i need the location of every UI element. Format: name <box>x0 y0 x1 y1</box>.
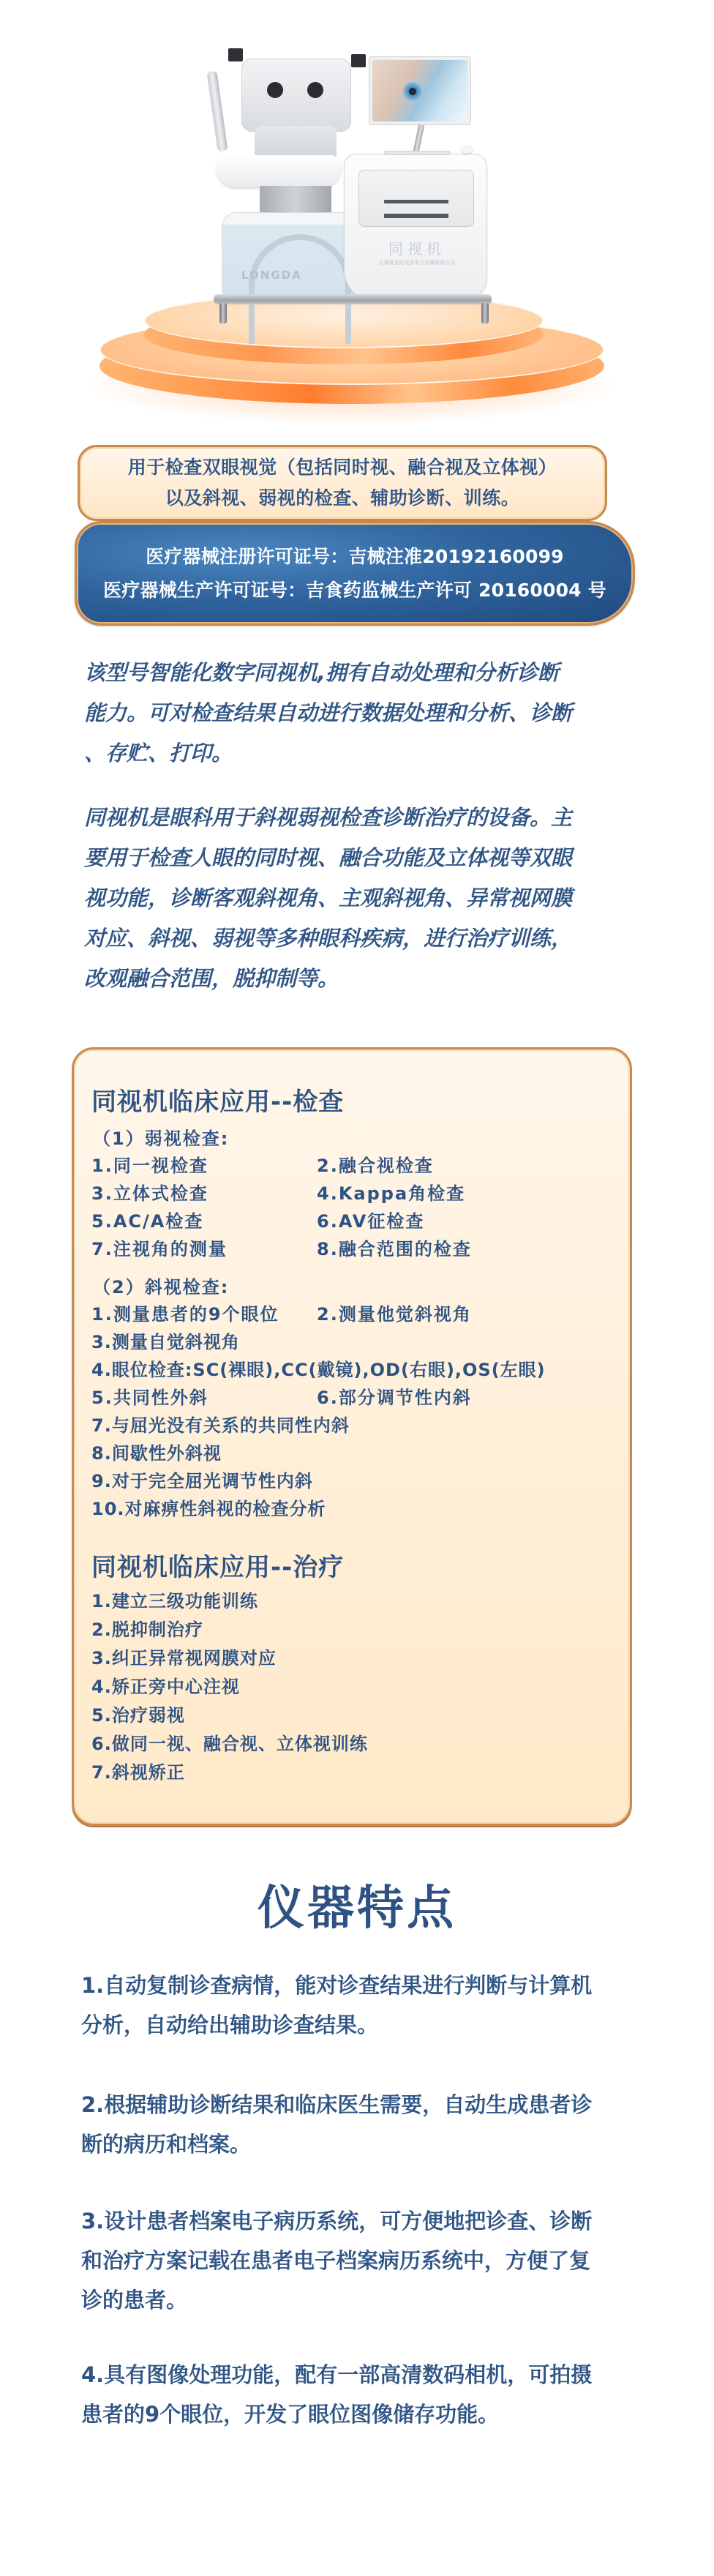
caster-wheel-icon <box>219 303 227 323</box>
arch-decoration <box>249 234 351 344</box>
camera-arm <box>206 71 228 152</box>
treatment-item: 3.纠正异常视网膜对应 <box>91 1644 618 1672</box>
list-item: 4.眼位检查:SC(裸眼),CC(戴镜),OD(右眼),OS(左眼) <box>91 1356 546 1384</box>
list-item: 4.矫正旁中心注视 <box>91 1673 240 1701</box>
list-item: 7.与屈光没有关系的共同性内斜 <box>91 1412 350 1439</box>
treatment-item: 5.治疗弱视 <box>91 1701 618 1729</box>
cabinet-product-name: 同视机 <box>377 237 457 258</box>
list-item: 5.共同性外斜 <box>91 1384 317 1412</box>
feature-item-1: 1.自动复制诊查病情，能对诊查结果进行判断与计算机 分析，自动给出辅助诊查结果。 <box>81 1966 637 2045</box>
list-item: 3.立体式检查 <box>91 1180 317 1207</box>
list-item: 6.AV征检查 <box>317 1207 424 1235</box>
treatment-heading: 同视机临床应用--治疗 <box>91 1547 344 1583</box>
paragraph-line: 对应、斜视、弱视等多种眼科疾病，进行治疗训练， <box>84 918 640 959</box>
list-item: 5.治疗弱视 <box>91 1701 185 1729</box>
list-item: 10.对麻痹性斜视的检查分析 <box>91 1495 326 1523</box>
feature-line: 分析，自动给出辅助诊查结果。 <box>81 2005 637 2045</box>
list-item-row: 1.测量患者的9个眼位 2.测量他觉斜视角 <box>91 1300 618 1328</box>
list-item-row: 3.立体式检查 4.Kappa角检查 <box>91 1180 618 1207</box>
feature-item-2: 2.根据辅助诊断结果和临床医生需要，自动生成患者诊 断的病历和档案。 <box>81 2085 637 2164</box>
list-item-row: 1.同一视检查 2.融合视检查 <box>91 1152 618 1180</box>
treatment-item: 4.矫正旁中心注视 <box>91 1673 618 1701</box>
paragraph-line: 、存贮、打印。 <box>84 733 640 774</box>
list-item: 8.融合范围的检查 <box>317 1235 472 1263</box>
list-item: 2.测量他觉斜视角 <box>317 1300 472 1328</box>
feature-line: 2.根据辅助诊断结果和临床医生需要，自动生成患者诊 <box>81 2085 637 2124</box>
list-item-row: 9.对于完全屈光调节性内斜 <box>91 1467 618 1495</box>
list-item-row: 8.间歇性外斜视 <box>91 1439 618 1467</box>
feature-line: 和治疗方案记载在患者电子档案病历系统中，方便了复 <box>81 2241 637 2280</box>
feature-line: 1.自动复制诊查病情，能对诊查结果进行判断与计算机 <box>81 1966 637 2005</box>
list-item: 7.斜视矫正 <box>91 1759 185 1786</box>
eyepiece-left <box>267 82 283 98</box>
eye-icon <box>403 82 422 101</box>
base-frame <box>214 294 492 304</box>
list-item: 1.测量患者的9个眼位 <box>91 1300 317 1328</box>
treatment-item: 7.斜视矫正 <box>91 1759 618 1786</box>
production-license: 医疗器械生产许可证号：吉食药监械生产许可 20160004 号 <box>103 580 606 602</box>
keyboard <box>384 151 450 155</box>
list-item-row: 7.与屈光没有关系的共同性内斜 <box>91 1412 618 1439</box>
exam-heading: 同视机临床应用--检查 <box>91 1082 344 1117</box>
feature-line: 断的病历和档案。 <box>81 2124 637 2164</box>
list-item-row: 3.测量自觉斜视角 <box>91 1328 618 1356</box>
amblyopia-exam-label: （1）弱视检查: <box>93 1124 229 1150</box>
intended-use-banner: 用于检查双眼视觉（包括同时视、融合视及立体视） 以及斜视、弱视的检查、辅助诊断、… <box>78 445 607 521</box>
feature-item-4: 4.具有图像处理功能，配有一部高清数码相机，可拍摄 患者的9个眼位，开发了眼位图… <box>81 2355 637 2434</box>
license-banner: 医疗器械注册许可证号：吉械注准20192160099 医疗器械生产许可证号：吉食… <box>75 521 635 626</box>
list-item: 6.做同一视、融合视、立体视训练 <box>91 1730 368 1758</box>
drawer-handle <box>384 214 448 218</box>
feature-line: 4.具有图像处理功能，配有一部高清数码相机，可拍摄 <box>81 2355 637 2395</box>
list-item: 6.部分调节性内斜 <box>317 1384 472 1412</box>
synoptophore-machine: LONGDA 同视机 吉林省龙达光学电子仪器有限公司 <box>198 45 512 338</box>
list-item: 8.间歇性外斜视 <box>91 1439 222 1467</box>
eyepiece-right <box>307 82 323 98</box>
feature-line: 诊的患者。 <box>81 2280 637 2320</box>
paragraph-line: 视功能，诊断客观斜视角、主观斜视角、异常视网膜 <box>84 878 640 918</box>
brand-logo: LONGDA <box>241 269 302 282</box>
list-item: 2.脱抑制治疗 <box>91 1616 203 1644</box>
paragraph-line: 要用于检查人眼的同时视、融合功能及立体视等双眼 <box>84 838 640 878</box>
intro-paragraph-1: 该型号智能化数字同视机,拥有自动处理和分析诊断 能力。可对检查结果自动进行数据处… <box>84 653 640 774</box>
paragraph-line: 该型号智能化数字同视机,拥有自动处理和分析诊断 <box>84 653 640 693</box>
cabinet-drawer <box>358 170 474 227</box>
paragraph-line: 改观融合范围，脱抑制等。 <box>84 959 640 999</box>
list-item: 3.测量自觉斜视角 <box>91 1328 240 1356</box>
list-item-row: 7.注视角的测量 8.融合范围的检查 <box>91 1235 618 1263</box>
feature-line: 3.设计患者档案电子病历系统，可方便地把诊查、诊断 <box>81 2201 637 2241</box>
treatment-item: 1.建立三级功能训练 <box>91 1587 618 1615</box>
intended-use-line-2: 以及斜视、弱视的检查、辅助诊断、训练。 <box>165 486 520 511</box>
list-item: 5.AC/A检查 <box>91 1207 317 1235</box>
chin-tray <box>217 155 341 187</box>
list-item: 1.同一视检查 <box>91 1152 317 1180</box>
drive-slot <box>384 200 448 203</box>
optical-head <box>241 59 351 132</box>
paragraph-line: 能力。可对检查结果自动进行数据处理和分析、诊断 <box>84 693 640 733</box>
hero-product-image: LONGDA 同视机 吉林省龙达光学电子仪器有限公司 <box>0 0 714 439</box>
feature-line: 患者的9个眼位，开发了眼位图像储存功能。 <box>81 2395 637 2434</box>
monitor-screen-eye-image <box>372 60 467 121</box>
caster-wheel-icon <box>481 303 489 323</box>
mouse <box>461 145 473 154</box>
treatment-item: 2.脱抑制治疗 <box>91 1616 618 1644</box>
list-item: 4.Kappa角检查 <box>317 1180 465 1207</box>
list-item: 3.纠正异常视网膜对应 <box>91 1644 277 1672</box>
list-item-row: 4.眼位检查:SC(裸眼),CC(戴镜),OD(右眼),OS(左眼) <box>91 1356 618 1384</box>
list-item: 2.融合视检查 <box>317 1152 434 1180</box>
list-item-row: 10.对麻痹性斜视的检查分析 <box>91 1495 618 1523</box>
intro-paragraph-2: 同视机是眼科用于斜视弱视检查诊断治疗的设备。主 要用于检查人眼的同时视、融合功能… <box>84 798 640 999</box>
paragraph-line: 同视机是眼科用于斜视弱视检查诊断治疗的设备。主 <box>84 798 640 838</box>
strabismus-exam-label: （2）斜视检查: <box>93 1273 229 1298</box>
registration-license: 医疗器械注册许可证号：吉械注准20192160099 <box>146 546 564 568</box>
list-item: 7.注视角的测量 <box>91 1235 317 1263</box>
feature-item-3: 3.设计患者档案电子病历系统，可方便地把诊查、诊断 和治疗方案记载在患者电子档案… <box>81 2201 637 2320</box>
intended-use-line-1: 用于检查双眼视觉（包括同时视、融合视及立体视） <box>128 455 557 480</box>
list-item: 1.建立三级功能训练 <box>91 1587 258 1615</box>
camera-icon <box>351 54 366 67</box>
clinical-applications-panel: 同视机临床应用--检查 （1）弱视检查: 1.同一视检查 2.融合视检查 3.立… <box>72 1047 632 1826</box>
list-item-row: 5.共同性外斜 6.部分调节性内斜 <box>91 1384 618 1412</box>
monitor <box>369 57 470 124</box>
list-item-row: 5.AC/A检查 6.AV征检查 <box>91 1207 618 1235</box>
list-item: 9.对于完全屈光调节性内斜 <box>91 1467 313 1495</box>
cabinet-company-name: 吉林省龙达光学电子仪器有限公司 <box>360 259 474 266</box>
support-column <box>260 186 331 215</box>
features-title: 仪器特点 <box>0 1879 714 1938</box>
camera-icon <box>228 48 243 61</box>
treatment-item: 6.做同一视、融合视、立体视训练 <box>91 1730 618 1758</box>
